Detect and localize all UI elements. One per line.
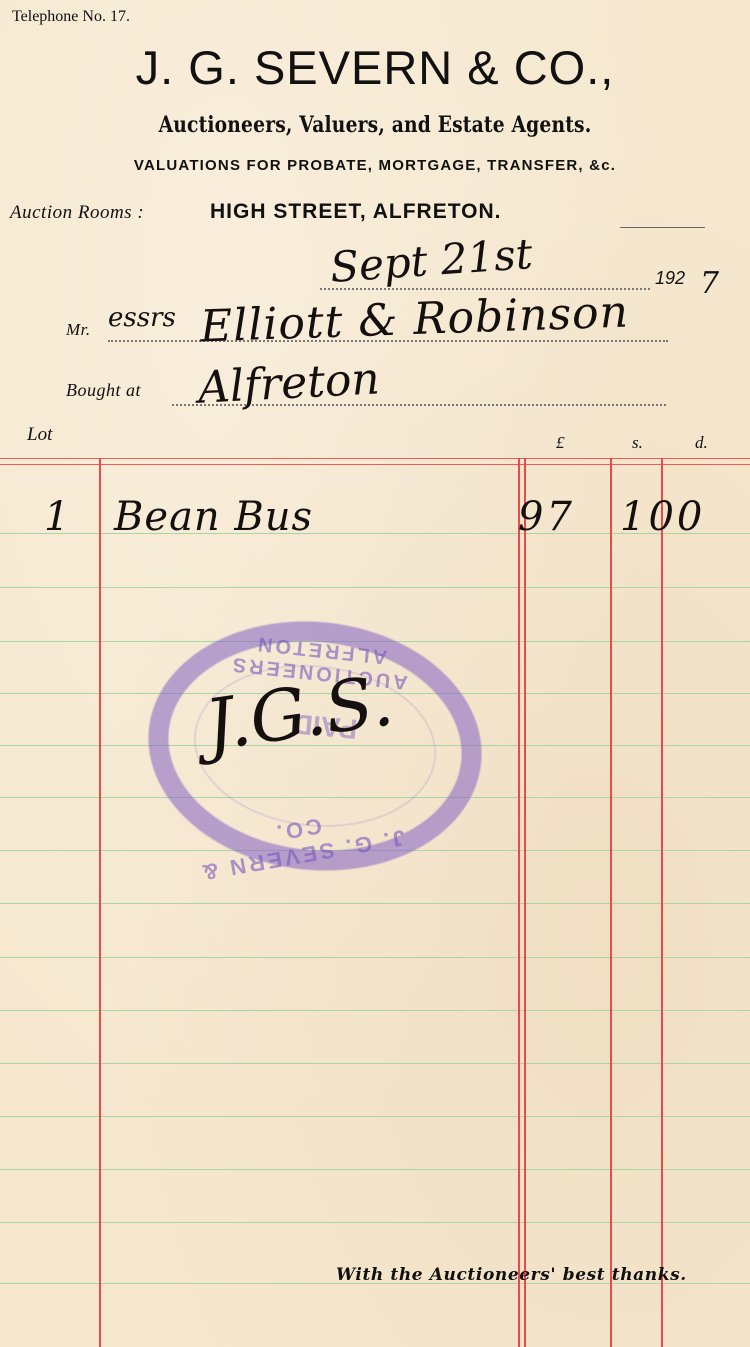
handwritten-buyer-name: Elliott & Robinson bbox=[199, 287, 629, 353]
column-header-pence: d. bbox=[695, 433, 708, 453]
column-header-shillings: s. bbox=[632, 433, 643, 453]
ledger-line bbox=[0, 903, 750, 904]
trade-description: Auctioneers, Valuers, and Estate Agents. bbox=[56, 112, 694, 138]
ledger-line bbox=[0, 1010, 750, 1011]
item-pounds: 97 bbox=[518, 494, 575, 540]
ledger-line bbox=[0, 1169, 750, 1170]
auction-rooms-label: Auction Rooms : bbox=[10, 202, 144, 224]
item-pence: 0 bbox=[677, 494, 705, 540]
firm-name: J. G. SEVERN & CO., bbox=[0, 40, 750, 95]
item-description: Bean Bus bbox=[114, 494, 313, 540]
handwritten-buyer-prefix: essrs bbox=[108, 303, 176, 333]
auction-rooms-address: HIGH STREET, ALFRETON. bbox=[210, 200, 502, 224]
ledger-line bbox=[0, 1116, 750, 1117]
pounds-column-rule-left bbox=[518, 458, 520, 1347]
ledger-line bbox=[0, 1222, 750, 1223]
ledger-line bbox=[0, 1063, 750, 1064]
column-header-pounds: £ bbox=[556, 433, 565, 453]
ledger-line bbox=[0, 957, 750, 958]
handwritten-date: Sept 21st bbox=[329, 229, 535, 292]
buyer-label: Mr. bbox=[66, 320, 91, 340]
item-lot-number: 1 bbox=[44, 494, 69, 540]
address-underline bbox=[620, 227, 705, 228]
column-header-lot: Lot bbox=[27, 424, 52, 446]
pence-column-rule bbox=[661, 458, 663, 1347]
handwritten-year-digit: 7 bbox=[700, 266, 719, 301]
header-rule-bottom bbox=[0, 464, 750, 465]
item-shillings: 10 bbox=[620, 494, 677, 540]
pounds-column-rule-right bbox=[524, 458, 526, 1347]
printed-year: 192 bbox=[655, 268, 685, 289]
item-shillings-pence: 100 bbox=[620, 494, 705, 540]
lot-column-rule bbox=[99, 458, 101, 1347]
footer-thanks: With the Auctioneers' best thanks. bbox=[336, 1265, 687, 1285]
telephone-number: Telephone No. 17. bbox=[12, 8, 130, 26]
header-rule-top bbox=[0, 458, 750, 459]
bought-at-label: Bought at bbox=[66, 380, 141, 401]
handwritten-place: Alfreton bbox=[197, 353, 381, 413]
ledger-line bbox=[0, 587, 750, 588]
valuations-line: VALUATIONS FOR PROBATE, MORTGAGE, TRANSF… bbox=[0, 157, 750, 174]
shillings-column-rule bbox=[610, 458, 612, 1347]
